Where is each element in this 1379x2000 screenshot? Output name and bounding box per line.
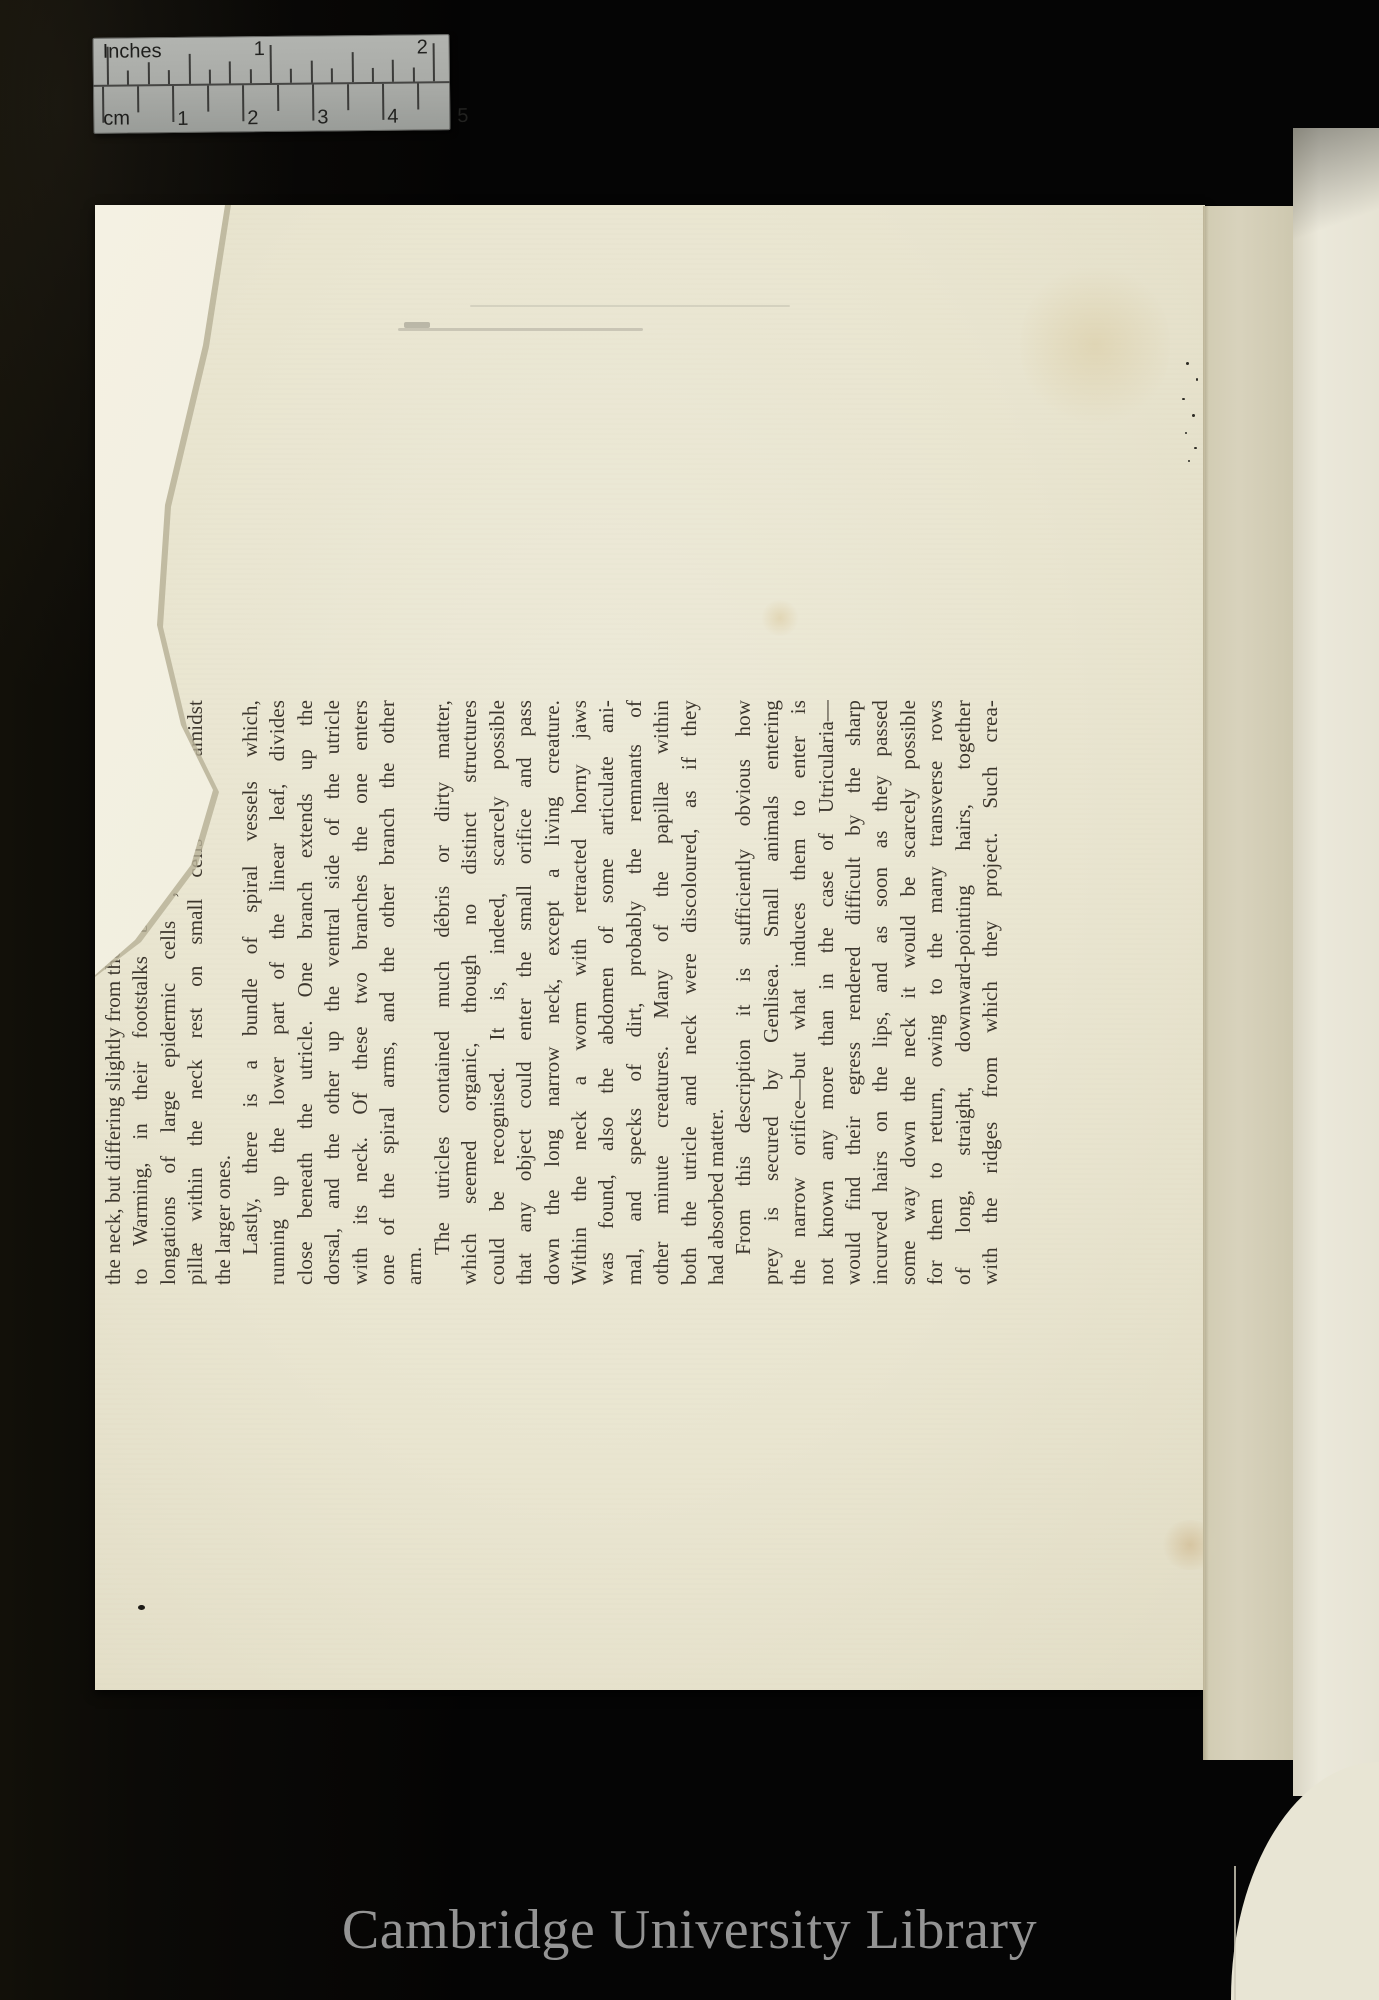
ruler-tick [417,83,419,109]
text-line: some way down the neck it would be scarc… [895,700,922,1285]
ruler-tick [137,86,139,112]
ink-smudge [398,328,643,331]
ruler-number: 4 [387,106,398,129]
text-line: longations of large epidermic cells ; wh… [155,700,182,1285]
text-line: to Warming, in their footstalks being fo… [127,700,154,1285]
text-line: not known any more than in the case of U… [813,700,840,1285]
text-line: one of the spiral arms, and the other br… [374,700,401,1285]
text-line: incurved hairs on the lips, and as soon … [867,700,894,1285]
ruler-number: 2 [417,36,428,59]
text-line: could be recognised. It is, indeed, scar… [484,700,511,1285]
ruler-tick [249,69,251,83]
text-line: which seemed organic, though no distinct… [456,700,483,1285]
text-line: for them to return, owing to the many tr… [922,700,949,1285]
facing-page-shadow [1293,128,1379,258]
text-line: close beneath the utricle. One branch ex… [292,700,319,1285]
foxing-spot [760,600,800,636]
text-line: arm. [401,700,428,1285]
ruler-tick [107,47,109,85]
fore-edge-curl [1231,1762,1379,2000]
text-line: would find their egress rendered difficu… [840,700,867,1285]
ruler-tick [311,61,313,83]
text-line: pillæ within the neck rest on small cell… [182,700,209,1285]
paper-speck [1192,414,1195,417]
ruler-tick [207,86,209,112]
text-line: with the ridges from which they project.… [977,700,1004,1285]
paper-speck [1185,432,1187,434]
text-line: prey is secured by Genlisea. Small anima… [758,700,785,1285]
ruler-tick [168,70,170,84]
paper-speck [1186,362,1189,365]
ruler-tick [277,85,279,111]
text-line: dorsal, and the other up the ventral sid… [319,700,346,1285]
ruler-tick [372,68,374,82]
ruler-tick [127,70,129,84]
ruler-tick [172,86,174,122]
text-line: The utricles contained much débris or di… [429,700,456,1285]
ruler-tick [242,85,244,121]
text-line: the neck, but differing slightly from th… [100,700,127,1285]
ruler-tick [102,87,104,123]
text-line: the larger ones. [210,700,237,1285]
ruler-unit-cm-label: cm [103,107,130,130]
ruler-number: 1 [254,38,265,61]
ink-smudge [470,305,790,307]
facing-page-edge [1293,128,1379,1796]
text-line: down the long narrow neck, except a livi… [539,700,566,1285]
ruler-tick [188,54,190,84]
text-line: other minute creatures. Many of the papi… [648,700,675,1285]
library-watermark-caption: Cambridge University Library [0,1898,1379,1962]
ruler-tick [148,62,150,84]
ruler-tick [229,61,231,83]
ruler-tick [290,69,292,83]
ruler-unit-inches-label: Inches [103,40,162,64]
ruler-number: 3 [317,106,328,129]
text-line: running up the lower part of the linear … [264,700,291,1285]
paper-speck [1182,398,1185,400]
ink-smudge [404,322,430,328]
ruler-number: 5 [457,105,468,128]
ruler-tick [312,85,314,121]
foxing-spot [1020,260,1170,430]
ruler-number: 2 [247,107,258,130]
ruler-tick [433,43,435,81]
ruler-tick [392,60,394,82]
text-line: had absorbed matter. [703,700,730,1285]
ruler-tick [270,45,272,83]
text-line: with its neck. Of these two branches the… [347,700,374,1285]
ruler-tick [209,70,211,84]
ruler-number: 1 [177,108,188,131]
page-text-block: the neck, but differing slightly from th… [100,700,1005,1285]
text-line: was found, also the abdomen of some arti… [593,700,620,1285]
tissue-guard-edge [1203,206,1293,1760]
text-line: the narrow orifice—but what induces them… [785,700,812,1285]
ruler-tick [412,68,414,82]
ruler-tick [331,68,333,82]
text-line: of long, straight, downward-pointing hai… [950,700,977,1285]
text-line: mal, and specks of dirt, probably the re… [621,700,648,1285]
scan-stage: Inches cm 1212345 the neck, but differin… [0,0,1379,2000]
text-line: both the utricle and neck were discolour… [676,700,703,1285]
ruler-tick [347,84,349,110]
ink-dot [138,1605,145,1610]
text-line: Within the neck a worm with retracted ho… [566,700,593,1285]
ruler-tick [351,52,353,82]
text-line: From this description it is sufficiently… [730,700,757,1285]
ruler-tick [382,84,384,120]
text-line: that any object could enter the small or… [511,700,538,1285]
rotated-text: the neck, but differing slightly from th… [100,700,1005,1285]
measurement-ruler: Inches cm 1212345 [93,34,451,134]
paper-speck [1196,378,1198,381]
paper-speck [1194,447,1197,449]
paper-speck [1188,460,1190,462]
text-line: Lastly, there is a bundle of spiral vess… [237,700,264,1285]
